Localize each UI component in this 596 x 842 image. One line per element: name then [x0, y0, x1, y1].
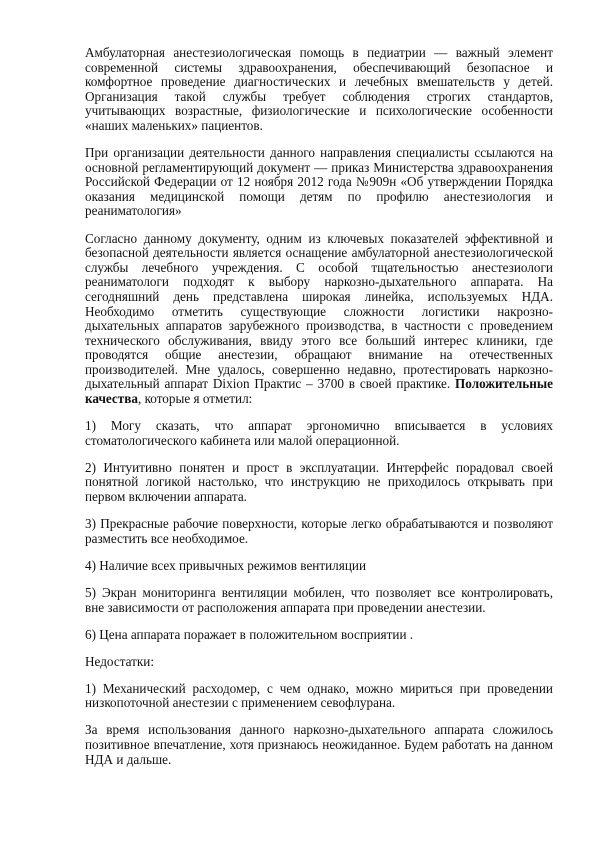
advantage-item: 6) Цена аппарата поражает в положительно… — [85, 628, 553, 643]
advantage-item: 1) Могу сказать, что аппарат эргономично… — [85, 419, 553, 448]
conclusion-paragraph: За время использования данного наркозно-… — [85, 723, 553, 767]
disadvantage-item: 1) Механический расходомер, с чем однако… — [85, 682, 553, 711]
advantage-item: 3) Прекрасные рабочие поверхности, котор… — [85, 517, 553, 546]
advantage-item: 4) Наличие всех привычных режимов вентил… — [85, 559, 553, 574]
equipment-paragraph-text: Согласно данному документу, одним из клю… — [85, 231, 553, 392]
intro-paragraph: Амбулаторная анестезиологическая помощь … — [85, 46, 553, 134]
advantage-item: 2) Интуитивно понятен и прост в эксплуат… — [85, 461, 553, 505]
equipment-paragraph: Согласно данному документу, одним из клю… — [85, 232, 553, 407]
document-page: Амбулаторная анестезиологическая помощь … — [85, 46, 553, 780]
equipment-paragraph-tail: , которые я отметил: — [138, 391, 252, 406]
disadvantages-heading: Недостатки: — [85, 655, 553, 670]
advantage-item: 5) Экран мониторинга вентиляции мобилен,… — [85, 586, 553, 615]
regulation-paragraph: При организации деятельности данного нап… — [85, 146, 553, 219]
